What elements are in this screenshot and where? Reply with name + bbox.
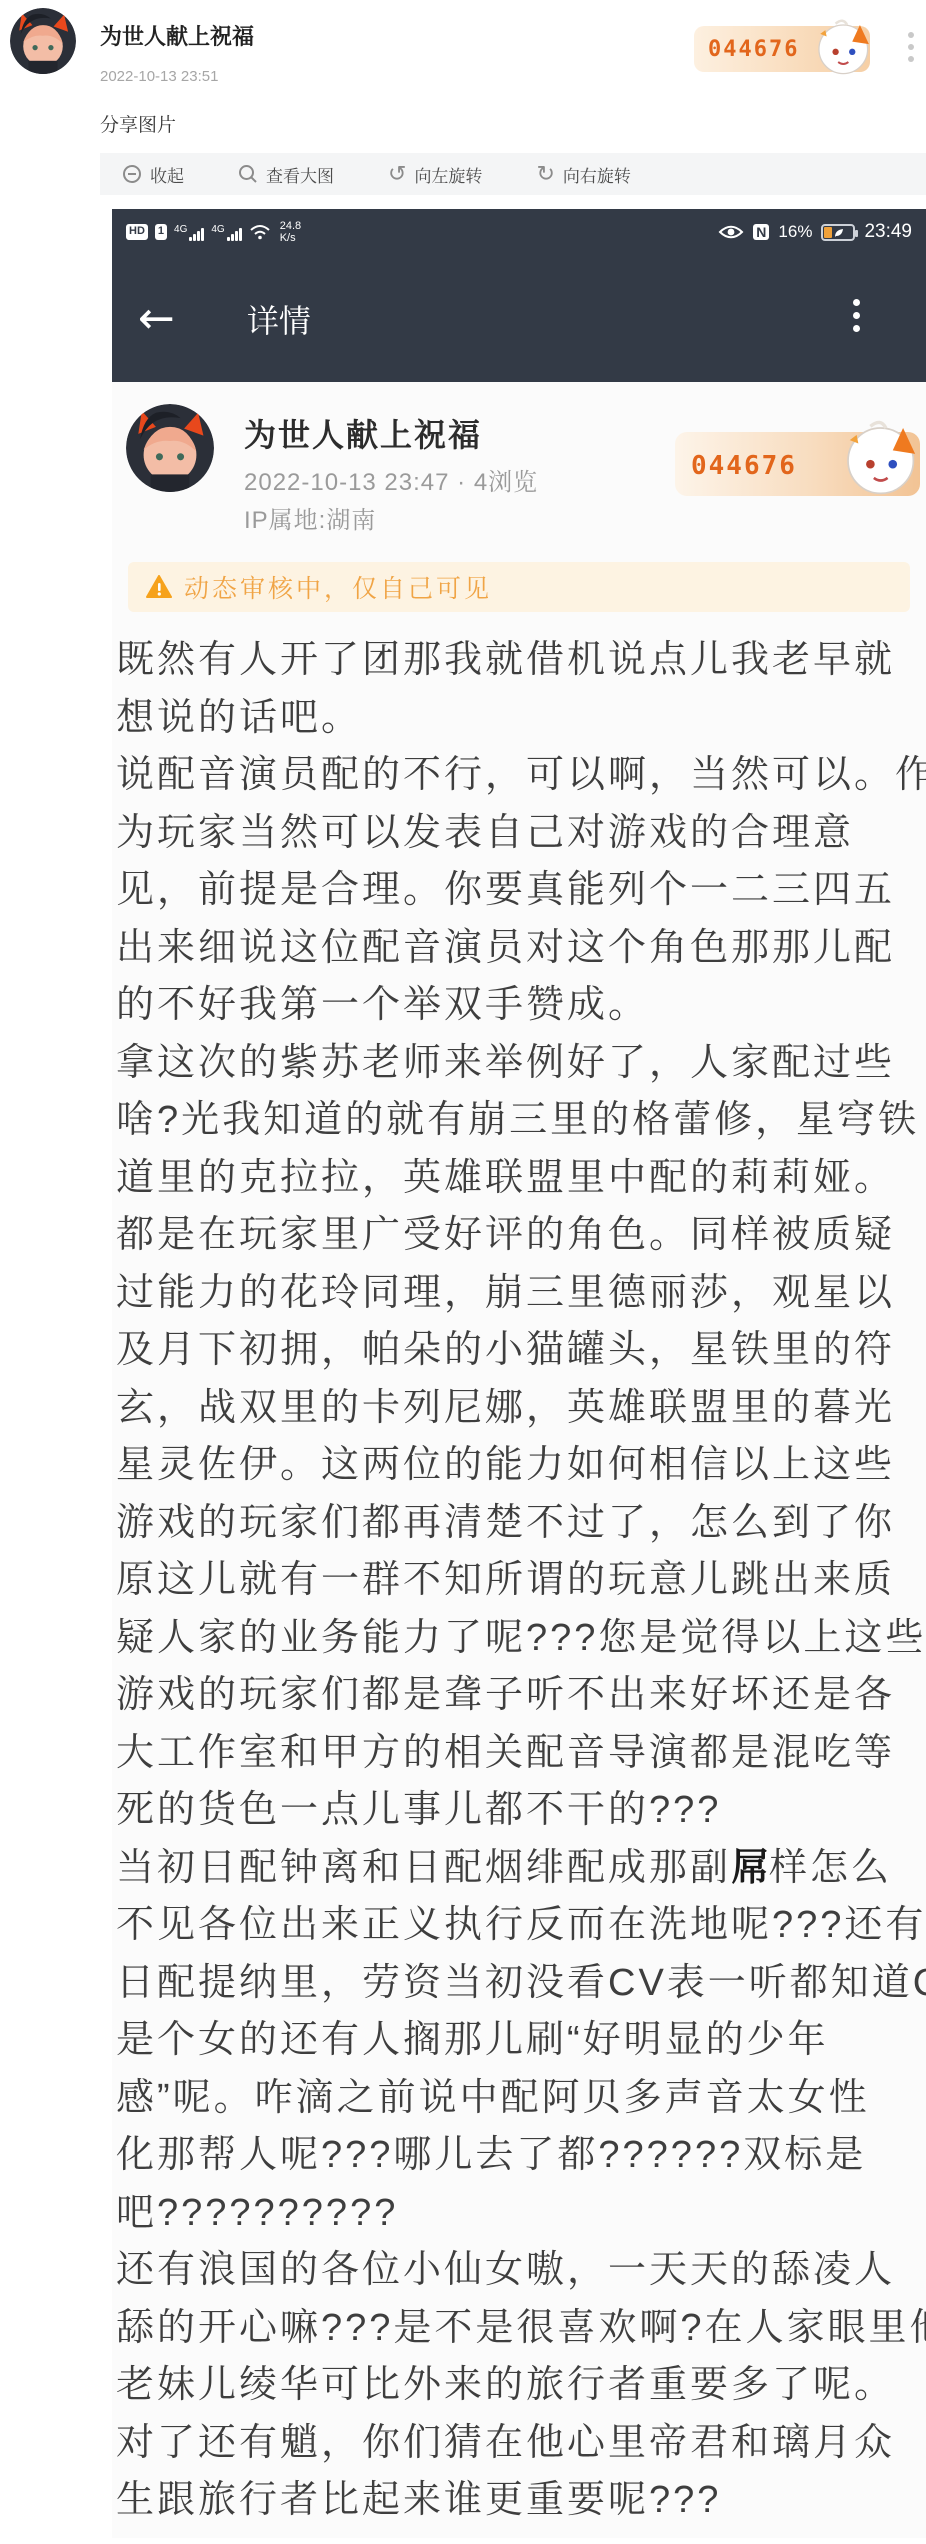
author-avatar[interactable] [10, 8, 76, 74]
page-title: 详情 [247, 296, 311, 342]
rotate-right-icon: ↻ [536, 163, 554, 185]
hd-icon: HD [126, 224, 148, 239]
rotate-right-label: 向右旋转 [563, 162, 631, 187]
statusbar-clock: 23:49 [864, 221, 912, 243]
battery-icon [821, 224, 855, 241]
post-text-line: 化那帮人呢???哪儿去了都??????双标是 [116, 2127, 920, 2185]
collapse-label: 收起 [150, 162, 184, 187]
post-text-line: 感”呢。咋滴之前说中配阿贝多声音太女性 [116, 2070, 920, 2128]
post-text-line: 原这儿就有一群不知所谓的玩意儿跳出来质 [116, 1552, 920, 1610]
author-name[interactable]: 为世人献上祝福 [100, 20, 254, 51]
post-text-line: 舔的开心嘛???是不是很喜欢啊?在人家眼里他 [116, 2300, 920, 2358]
moderation-notice-text: 动态审核中，仅自己可见 [184, 569, 492, 605]
post-text-line: 想说的话吧。 [116, 690, 920, 748]
post-text-line: 不见各位出来正义执行反而在洗地呢???还有 [116, 1897, 920, 1955]
phone-statusbar: HD 1 4G 4G 24.8 K/s [112, 209, 926, 255]
post-text-line: 玄，战双里的卡列尼娜，英雄联盟里的暮光 [116, 1380, 920, 1438]
rotate-left-icon: ↺ [388, 163, 406, 185]
badge-number: 044676 [708, 37, 799, 62]
post-text-line: 都是在玩家里广受好评的角色。同样被质疑 [116, 1207, 920, 1265]
post-text-line: 为玩家当然可以发表自己对游戏的合理意 [116, 805, 920, 863]
shared-screenshot-image[interactable]: HD 1 4G 4G 24.8 K/s [112, 209, 926, 2538]
share-label: 分享图片 [100, 110, 926, 137]
navbar-menu-icon [853, 299, 860, 332]
sim1-icon: 1 [155, 224, 167, 239]
post-text-line: 吧?????????? [116, 2185, 920, 2243]
collapse-button[interactable]: 收起 [122, 162, 184, 187]
post-menu-button[interactable] [908, 32, 914, 62]
post-text-line: 游戏的玩家们都再清楚不过了，怎么到了你 [116, 1495, 920, 1553]
post-header: 为世人献上祝福 2022-10-13 23:51 044676 [0, 0, 926, 96]
post-text-line: 老妹儿绫华可比外来的旅行者重要多了呢。 [116, 2357, 920, 2415]
post-body-text: 既然有人开了团那我就借机说点儿我老早就想说的话吧。说配音演员配的不行，可以啊，当… [112, 612, 926, 2538]
warning-icon [146, 575, 172, 599]
post-text-line: 大工作室和甲方的相关配音导演都是混吃等 [116, 1725, 920, 1783]
screenshot-dark-header: HD 1 4G 4G 24.8 K/s [112, 209, 926, 382]
inner-level-badge: 044676 [675, 432, 920, 496]
post-text-line: 出来细说这位配音演员对这个角色那那儿配 [116, 920, 920, 978]
badge-chibi-avatar-icon [810, 16, 874, 80]
eye-protection-icon [718, 224, 744, 240]
post-text-line: 对了还有魈，你们猜在他心里帝君和璃月众 [116, 2415, 920, 2473]
inner-post-meta: 2022-10-13 23:47 · 4浏览 [244, 462, 538, 497]
battery-percent: 16% [778, 222, 812, 242]
signal-2-icon: 4G [211, 224, 241, 241]
image-toolbar: 收起 查看大图 ↺ 向左旋转 ↻ 向右旋转 [100, 153, 926, 195]
inner-post-ip-location: IP属地:湖南 [244, 500, 376, 535]
author-avatar-image [10, 8, 76, 74]
post-text-line: 道里的克拉拉，英雄联盟里中配的莉莉娅。 [116, 1150, 920, 1208]
user-level-badge[interactable]: 044676 [694, 26, 870, 72]
post-text-line: 还有浪国的各位小仙女嗷，一天天的舔凌人 [116, 2242, 920, 2300]
view-large-button[interactable]: 查看大图 [238, 162, 334, 187]
network-speed: 24.8 K/s [280, 220, 301, 244]
nfc-icon: N [753, 224, 769, 241]
post-text-line: 啥?光我知道的就有崩三里的格蕾修，星穹铁 [116, 1092, 920, 1150]
post-text-line: 日配提纳里，劳资当初没看CV表一听都知道CV [116, 1955, 920, 2013]
post-text-line: 游戏的玩家们都是聋子听不出来好坏还是各 [116, 1667, 920, 1725]
back-arrow-icon: ← [138, 297, 175, 341]
rotate-left-label: 向左旋转 [414, 162, 482, 187]
post-text-line: 见，前提是合理。你要真能列个一二三四五 [116, 862, 920, 920]
post-text-line: 疑人家的业务能力了呢???您是觉得以上这些 [116, 1610, 920, 1668]
magnifier-icon [238, 164, 258, 184]
post-text-line: 星灵佐伊。这两位的能力如何相信以上这些 [116, 1437, 920, 1495]
post-timestamp: 2022-10-13 23:51 [100, 68, 218, 85]
inner-post-header: 为世人献上祝福 2022-10-13 23:47 · 4浏览 IP属地:湖南 0… [112, 404, 926, 544]
phone-navbar: ← 详情 [112, 255, 926, 382]
view-large-label: 查看大图 [266, 162, 334, 187]
inner-author-name: 为世人献上祝福 [244, 410, 482, 456]
post-text-line: 的不好我第一个举双手赞成。 [116, 977, 920, 1035]
wifi-icon [249, 223, 271, 241]
inner-author-avatar [126, 404, 214, 492]
post-text-line: 说配音演员配的不行，可以啊，当然可以。作 [116, 747, 920, 805]
rotate-left-button[interactable]: ↺ 向左旋转 [388, 162, 482, 187]
inner-badge-chibi-avatar-icon [836, 416, 922, 502]
collapse-icon [122, 164, 142, 184]
moderation-notice-banner: 动态审核中，仅自己可见 [128, 562, 910, 612]
post-text-line: 死的货色一点儿事儿都不干的??? [116, 1782, 920, 1840]
post-text-line: 及月下初拥，帕朵的小猫罐头，星铁里的符 [116, 1322, 920, 1380]
post-text-line: 过能力的花玲同理，崩三里德丽莎，观星以 [116, 1265, 920, 1323]
post-text-line: 当初日配钟离和日配烟绯配成那副屌样怎么 [116, 1840, 920, 1898]
rotate-right-button[interactable]: ↻ 向右旋转 [536, 162, 630, 187]
post-text-line: 生跟旅行者比起来谁更重要呢??? [116, 2472, 920, 2530]
inner-badge-number: 044676 [691, 451, 797, 481]
post-text-line: 拿这次的紫苏老师来举例好了，人家配过些 [116, 1035, 920, 1093]
signal-1-icon: 4G [174, 224, 204, 241]
post-text-line: 既然有人开了团那我就借机说点儿我老早就 [116, 632, 920, 690]
post-text-line: 是个女的还有人搁那儿刷“好明显的少年 [116, 2012, 920, 2070]
